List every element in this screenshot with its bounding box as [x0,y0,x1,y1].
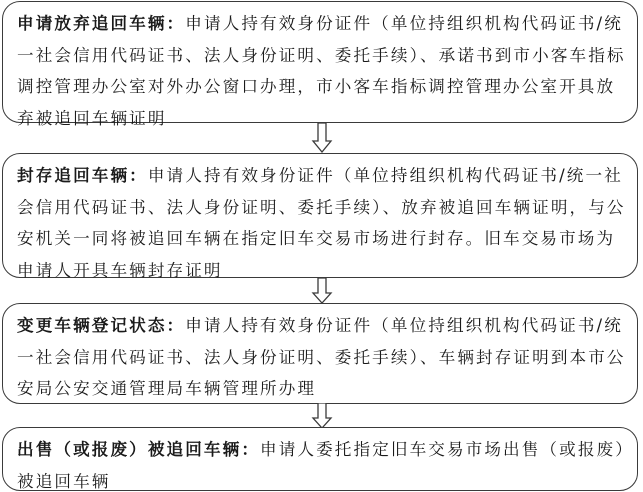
step-box-1: 申请放弃追回车辆：申请人持有效身份证件（单位持组织机构代码证书/统一社会信用代码… [2,1,638,123]
step-box-3: 变更车辆登记状态：申请人持有效身份证件（单位持组织机构代码证书/统一社会信用代码… [2,303,638,404]
down-arrow-icon [311,123,333,153]
step-text-1: 申请放弃追回车辆：申请人持有效身份证件（单位持组织机构代码证书/统一社会信用代码… [17,8,627,134]
step-title-3: 变更车辆登记状态： [17,316,185,335]
down-arrow-icon [311,278,333,304]
step-title-2: 封存追回车辆： [17,166,148,185]
step-title-4: 出售（或报废）被追回车辆： [17,440,260,459]
step-text-2: 封存追回车辆：申请人持有效身份证件（单位持组织机构代码证书/统一社会信用代码证书… [17,160,627,286]
step-text-3: 变更车辆登记状态：申请人持有效身份证件（单位持组织机构代码证书/统一社会信用代码… [17,310,627,405]
step-text-4: 出售（或报废）被追回车辆：申请人委托指定旧车交易市场出售（或报废）被追回车辆 [17,434,627,492]
step-box-2: 封存追回车辆：申请人持有效身份证件（单位持组织机构代码证书/统一社会信用代码证书… [2,153,638,278]
down-arrow-icon [311,403,333,429]
step-title-1: 申请放弃追回车辆： [17,14,185,33]
step-box-4: 出售（或报废）被追回车辆：申请人委托指定旧车交易市场出售（或报废）被追回车辆 [2,427,638,491]
